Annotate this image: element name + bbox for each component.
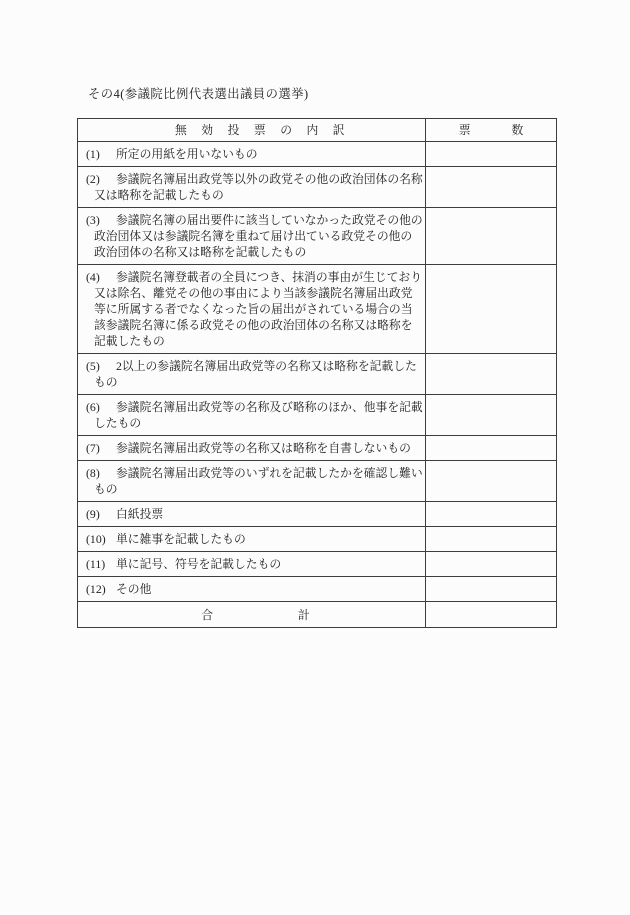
table-row: (1)所定の用紙を用いないもの [78,142,557,167]
row-label-text: 参議院名簿登載者の全員につき、抹消の事由が生じており又は除名、離党その他の事由に… [94,270,422,348]
row-label-cell: (7)参議院名簿届出政党等の名称又は略称を自書しないもの [78,436,426,461]
row-label-cell: (1)所定の用紙を用いないもの [78,142,426,167]
row-label-text: 単に記号、符号を記載したもの [116,557,281,571]
table-row: (10)単に雑事を記載したもの [78,527,557,552]
total-label-first: 合 [201,607,213,623]
row-label-text: 白紙投票 [116,507,163,521]
total-label-cell: 合 計 [78,602,426,628]
row-label-text: 所定の用紙を用いないもの [116,147,258,161]
total-vote-count-cell [426,602,557,628]
row-vote-count-cell [426,436,557,461]
row-label-text: 参議院名簿届出政党等以外の政党その他の政治団体の名称又は略称を記載したもの [94,172,423,202]
invalid-votes-table: 無効投票の内訳 票 数 (1)所定の用紙を用いないもの (2) [77,118,557,628]
invalid-votes-table-body: (1)所定の用紙を用いないもの (2)参議院名簿届出政党等以外の政党その他の政治… [78,142,557,602]
table-row: (7)参議院名簿届出政党等の名称又は略称を自書しないもの [78,436,557,461]
row-label-text: 参議院名簿届出政党等の名称又は略称を自書しないもの [116,441,411,455]
row-label-text: 参議院名簿の届出要件に該当していなかった政党その他の政治団体又は参議院名簿を重ね… [94,213,423,259]
row-label-text: 参議院名簿届出政党等の名称及び略称のほか、他事を記載したもの [94,400,423,430]
row-label-text: その他 [116,582,151,596]
row-label-cell: (11)単に記号、符号を記載したもの [78,552,426,577]
row-label-cell: (9)白紙投票 [78,502,426,527]
row-vote-count-cell [426,265,557,354]
row-number: (9) [86,506,116,522]
row-vote-count-cell [426,142,557,167]
table-row: (4)参議院名簿登載者の全員につき、抹消の事由が生じており又は除名、離党その他の… [78,265,557,354]
row-vote-count-cell [426,552,557,577]
row-label-cell: (2)参議院名簿届出政党等以外の政党その他の政治団体の名称又は略称を記載したもの [78,167,426,208]
table-row: (9)白紙投票 [78,502,557,527]
row-vote-count-cell [426,167,557,208]
row-number: (5) [86,358,116,374]
table-row: (6)参議院名簿届出政党等の名称及び略称のほか、他事を記載したもの [78,395,557,436]
row-number: (3) [86,212,116,228]
row-number: (8) [86,465,116,481]
row-label-cell: (5)2以上の参議院名簿届出政党等の名称又は略称を記載したもの [78,354,426,395]
table-row: (8)参議院名簿届出政党等のいずれを記載したかを確認し難いもの [78,461,557,502]
row-number: (12) [86,581,116,597]
table-header-row: 無効投票の内訳 票 数 [78,119,557,142]
row-label-cell: (10)単に雑事を記載したもの [78,527,426,552]
row-label-text: 参議院名簿届出政党等のいずれを記載したかを確認し難いもの [94,466,423,496]
row-label-cell: (6)参議院名簿届出政党等の名称及び略称のほか、他事を記載したもの [78,395,426,436]
breakdown-header-label: 無効投票の内訳 [78,122,425,138]
page-title: その4(参議院比例代表選出議員の選挙) [88,84,309,102]
table-row: (5)2以上の参議院名簿届出政党等の名称又は略称を記載したもの [78,354,557,395]
row-number: (4) [86,269,116,285]
row-vote-count-cell [426,395,557,436]
row-vote-count-cell [426,577,557,602]
row-vote-count-cell [426,208,557,265]
table-row: (12)その他 [78,577,557,602]
document-page: その4(参議院比例代表選出議員の選挙) 無効投票の内訳 票 数 [0,0,630,915]
row-number: (11) [86,556,116,572]
table-row: (2)参議院名簿届出政党等以外の政党その他の政治団体の名称又は略称を記載したもの [78,167,557,208]
row-number: (2) [86,171,116,187]
row-label-cell: (8)参議院名簿届出政党等のいずれを記載したかを確認し難いもの [78,461,426,502]
row-number: (10) [86,531,116,547]
row-vote-count-cell [426,354,557,395]
table-row: (3)参議院名簿の届出要件に該当していなかった政党その他の政治団体又は参議院名簿… [78,208,557,265]
row-number: (1) [86,146,116,162]
breakdown-column-header: 無効投票の内訳 [78,119,426,142]
total-row: 合 計 [78,602,557,628]
count-header-label-first: 票 [459,122,471,138]
row-number: (6) [86,399,116,415]
row-vote-count-cell [426,461,557,502]
row-label-text: 2以上の参議院名簿届出政党等の名称又は略称を記載したもの [94,359,417,389]
row-label-cell: (12)その他 [78,577,426,602]
count-header-label-second: 数 [512,122,524,138]
row-label-cell: (4)参議院名簿登載者の全員につき、抹消の事由が生じており又は除名、離党その他の… [78,265,426,354]
total-label-second: 計 [298,607,310,623]
row-vote-count-cell [426,527,557,552]
table-row: (11)単に記号、符号を記載したもの [78,552,557,577]
count-column-header: 票 数 [426,119,557,142]
row-vote-count-cell [426,502,557,527]
row-number: (7) [86,440,116,456]
row-label-cell: (3)参議院名簿の届出要件に該当していなかった政党その他の政治団体又は参議院名簿… [78,208,426,265]
row-label-text: 単に雑事を記載したもの [116,532,246,546]
